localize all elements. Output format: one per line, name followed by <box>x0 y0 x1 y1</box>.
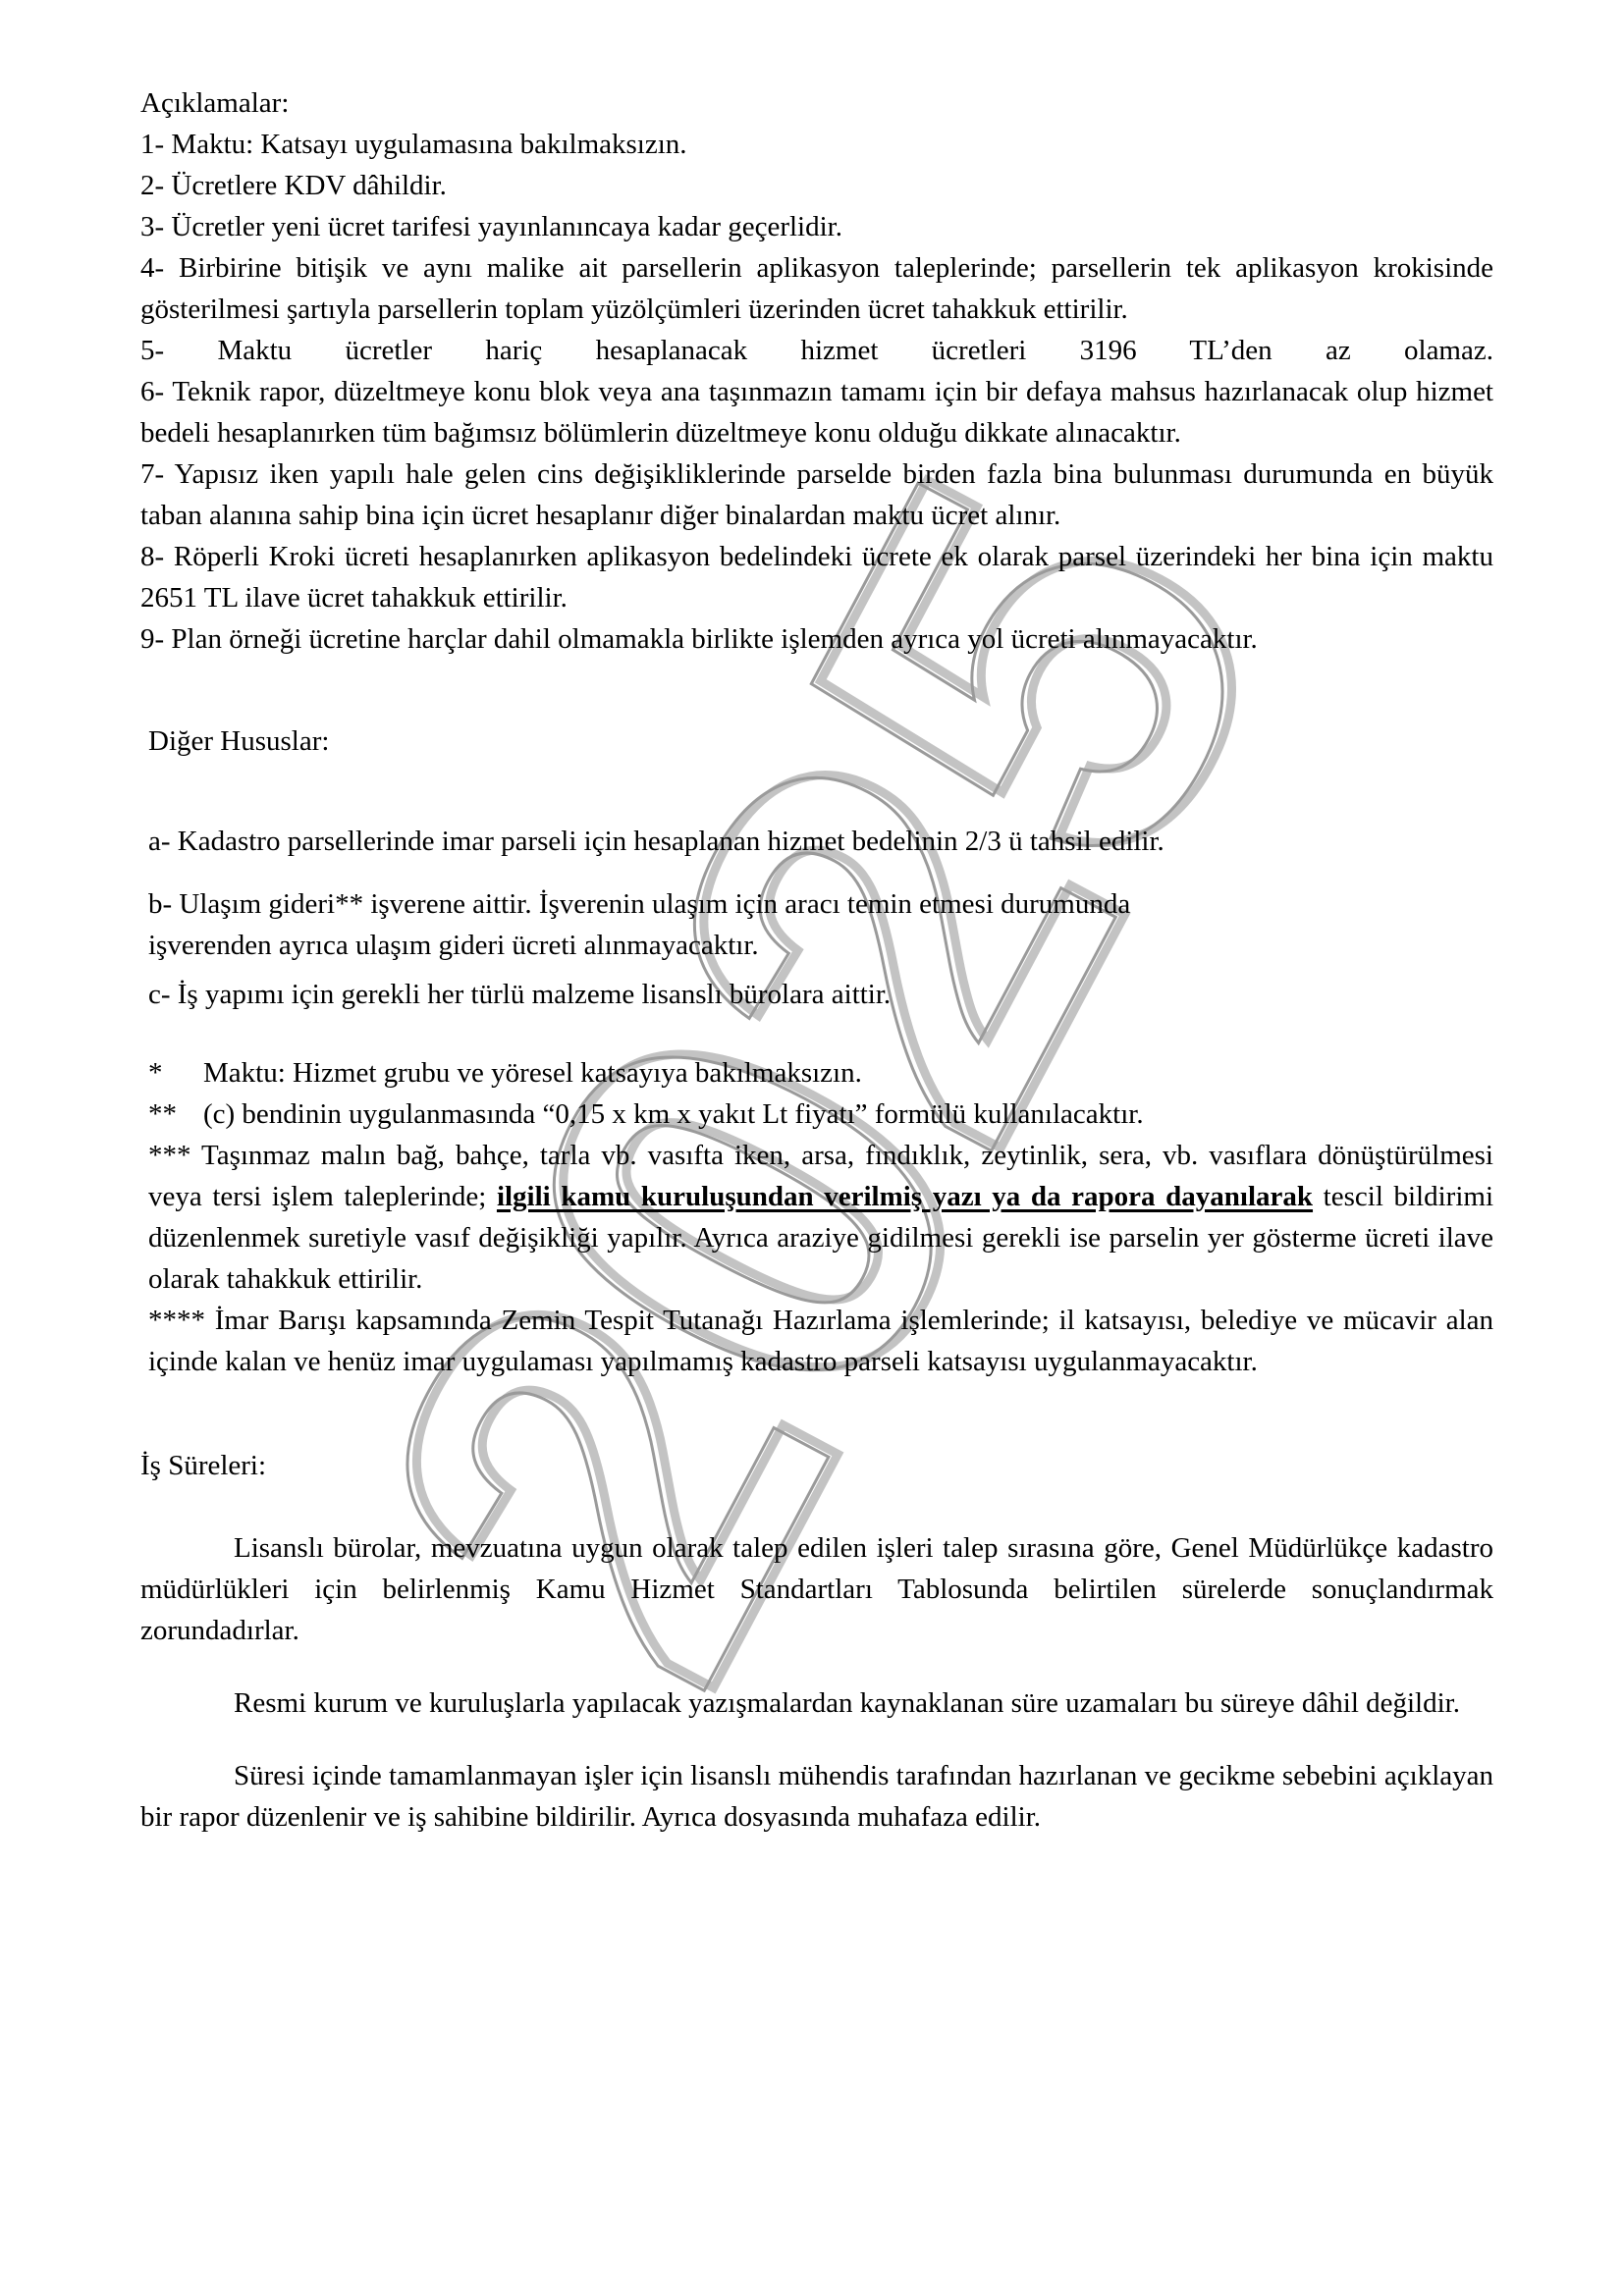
is-sureleri-section: İş Süreleri: Lisanslı bürolar, mevzuatın… <box>140 1445 1493 1838</box>
diger-item-b: b- Ulaşım gideri** işverene aittir. İşve… <box>140 883 1493 925</box>
diger-item-b-cont: işverenden ayrıca ulaşım gideri ücreti a… <box>140 925 1493 966</box>
document-page: 2025 2025 Açıklamalar: 1- Maktu: Katsayı… <box>0 0 1624 2296</box>
aciklama-item-1: 1- Maktu: Katsayı uygulamasına bakılmaks… <box>140 124 1493 165</box>
is-sureleri-paragraph-2: Resmi kurum ve kuruluşlarla yapılacak ya… <box>140 1682 1493 1724</box>
aciklama-item-2: 2- Ücretlere KDV dâhildir. <box>140 165 1493 206</box>
footnote-4-text: İmar Barışı kapsamında Zemin Tespit Tuta… <box>148 1305 1493 1377</box>
diger-item-a: a- Kadastro parsellerinde imar parseli i… <box>140 821 1493 862</box>
is-sureleri-paragraph-3: Süresi içinde tamamlanmayan işler için l… <box>140 1755 1493 1838</box>
diger-item-c: c- İş yapımı için gerekli her türlü malz… <box>140 974 1493 1015</box>
diger-hususlar-heading: Diğer Hususlar: <box>140 721 1493 762</box>
aciklama-item-6: 6- Teknik rapor, düzeltmeye konu blok ve… <box>140 371 1493 454</box>
footnote-4-mark: **** <box>148 1305 205 1336</box>
is-sureleri-heading: İş Süreleri: <box>140 1445 1493 1486</box>
aciklama-item-8: 8- Röperli Kroki ücreti hesaplanırken ap… <box>140 536 1493 618</box>
footnote-3-mark: *** <box>148 1140 191 1171</box>
footnote-4: **** İmar Barışı kapsamında Zemin Tespit… <box>140 1300 1493 1382</box>
footnote-1: *Maktu: Hizmet grubu ve yöresel katsayıy… <box>140 1052 1493 1094</box>
aciklama-item-7: 7- Yapısız iken yapılı hale gelen cins d… <box>140 454 1493 536</box>
aciklama-item-9: 9- Plan örneği ücretine harçlar dahil ol… <box>140 618 1493 660</box>
document-body: Açıklamalar: 1- Maktu: Katsayı uygulamas… <box>140 82 1493 1838</box>
footnote-1-text: Maktu: Hizmet grubu ve yöresel katsayıya… <box>203 1057 862 1089</box>
footnote-2-text: (c) bendinin uygulanmasında “0,15 x km x… <box>203 1098 1144 1130</box>
footnote-1-mark: * <box>148 1052 203 1094</box>
footnote-3: *** Taşınmaz malın bağ, bahçe, tarla vb.… <box>140 1135 1493 1300</box>
aciklama-item-5: 5- Maktu ücretler hariç hesaplanacak hiz… <box>140 330 1493 371</box>
diger-hususlar-section: Diğer Hususlar: a- Kadastro parsellerind… <box>140 721 1493 1015</box>
footnote-2: **(c) bendinin uygulanmasında “0,15 x km… <box>140 1094 1493 1135</box>
footnotes-section: *Maktu: Hizmet grubu ve yöresel katsayıy… <box>140 1052 1493 1382</box>
footnote-3-emphasis: ilgili kamu kuruluşundan verilmiş yazı y… <box>497 1181 1313 1212</box>
aciklama-item-4: 4- Birbirine bitişik ve aynı malike ait … <box>140 247 1493 330</box>
aciklamalar-heading: Açıklamalar: <box>140 82 1493 124</box>
aciklamalar-section: Açıklamalar: 1- Maktu: Katsayı uygulamas… <box>140 82 1493 660</box>
footnote-2-mark: ** <box>148 1094 203 1135</box>
aciklama-item-3: 3- Ücretler yeni ücret tarifesi yayınlan… <box>140 206 1493 247</box>
is-sureleri-paragraph-1: Lisanslı bürolar, mevzuatına uygun olara… <box>140 1527 1493 1651</box>
